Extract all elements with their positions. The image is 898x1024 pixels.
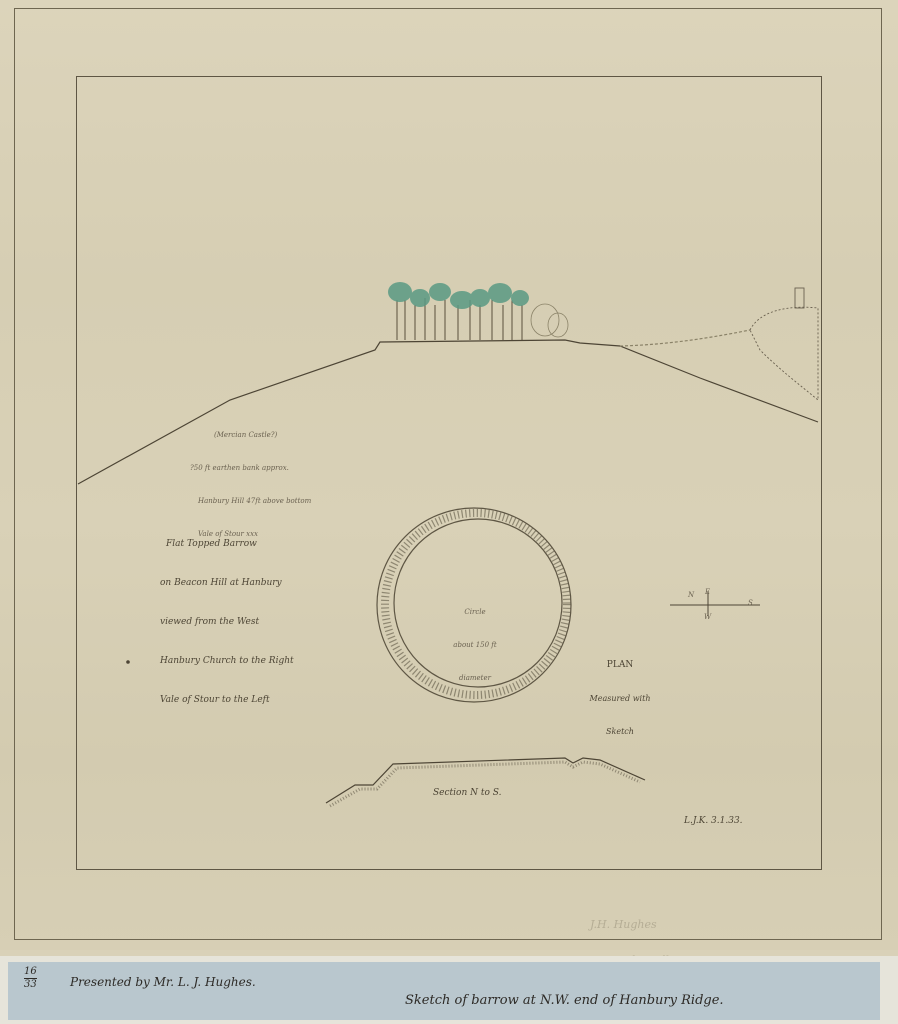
plan-note-line: Circle <box>440 607 510 618</box>
hill-elevation <box>78 330 818 484</box>
barrow-description: Flat Topped Barrow on Beacon Hill at Han… <box>160 512 294 720</box>
caption: Sketch of barrow at N.W. end of Hanbury … <box>405 993 724 1008</box>
plan-note-line: about 150 ft <box>440 640 510 651</box>
catalog-denominator: 33 <box>24 979 37 991</box>
description-line: Flat Topped Barrow <box>160 538 294 551</box>
catalog-number: 16 33 <box>24 966 37 991</box>
pencil-line: J.H. Hughes <box>590 919 715 931</box>
description-line: viewed from the West <box>160 616 294 629</box>
sketch-drawings <box>0 0 898 950</box>
compass-east: E <box>705 587 710 598</box>
plan-label: PLAN Measured with Sketch <box>580 638 660 748</box>
tree-clump <box>388 282 568 340</box>
section-label: Section N to S. <box>433 787 501 800</box>
compass-west: W <box>704 612 711 623</box>
plan-title: PLAN <box>580 660 660 671</box>
ink-dot <box>126 660 130 664</box>
catalog-label <box>8 962 880 1020</box>
church-on-hill <box>750 288 818 400</box>
compass-south: S <box>748 598 753 609</box>
catalog-numerator: 16 <box>24 966 37 979</box>
compass-rose <box>670 592 760 616</box>
elevation-note-line: ?50 ft earthen bank approx. <box>190 463 311 474</box>
description-line: Vale of Stour to the Left <box>160 694 294 707</box>
plan-note-line: diameter <box>440 673 510 684</box>
signature-date: L.J.K. 3.1.33. <box>684 815 743 828</box>
description-line: on Beacon Hill at Hanbury <box>160 577 294 590</box>
elevation-note-line: (Mercian Castle?) <box>190 430 311 441</box>
plan-center-note: Circle about 150 ft diameter <box>440 585 510 695</box>
plan-subtitle: Sketch <box>580 726 660 737</box>
compass-north: N <box>688 590 694 601</box>
description-line: Hanbury Church to the Right <box>160 655 294 668</box>
presented-by: Presented by Mr. L. J. Hughes. <box>70 975 256 989</box>
plan-subtitle: Measured with <box>580 693 660 704</box>
elevation-note-line: Hanbury Hill 47ft above bottom <box>190 496 311 507</box>
